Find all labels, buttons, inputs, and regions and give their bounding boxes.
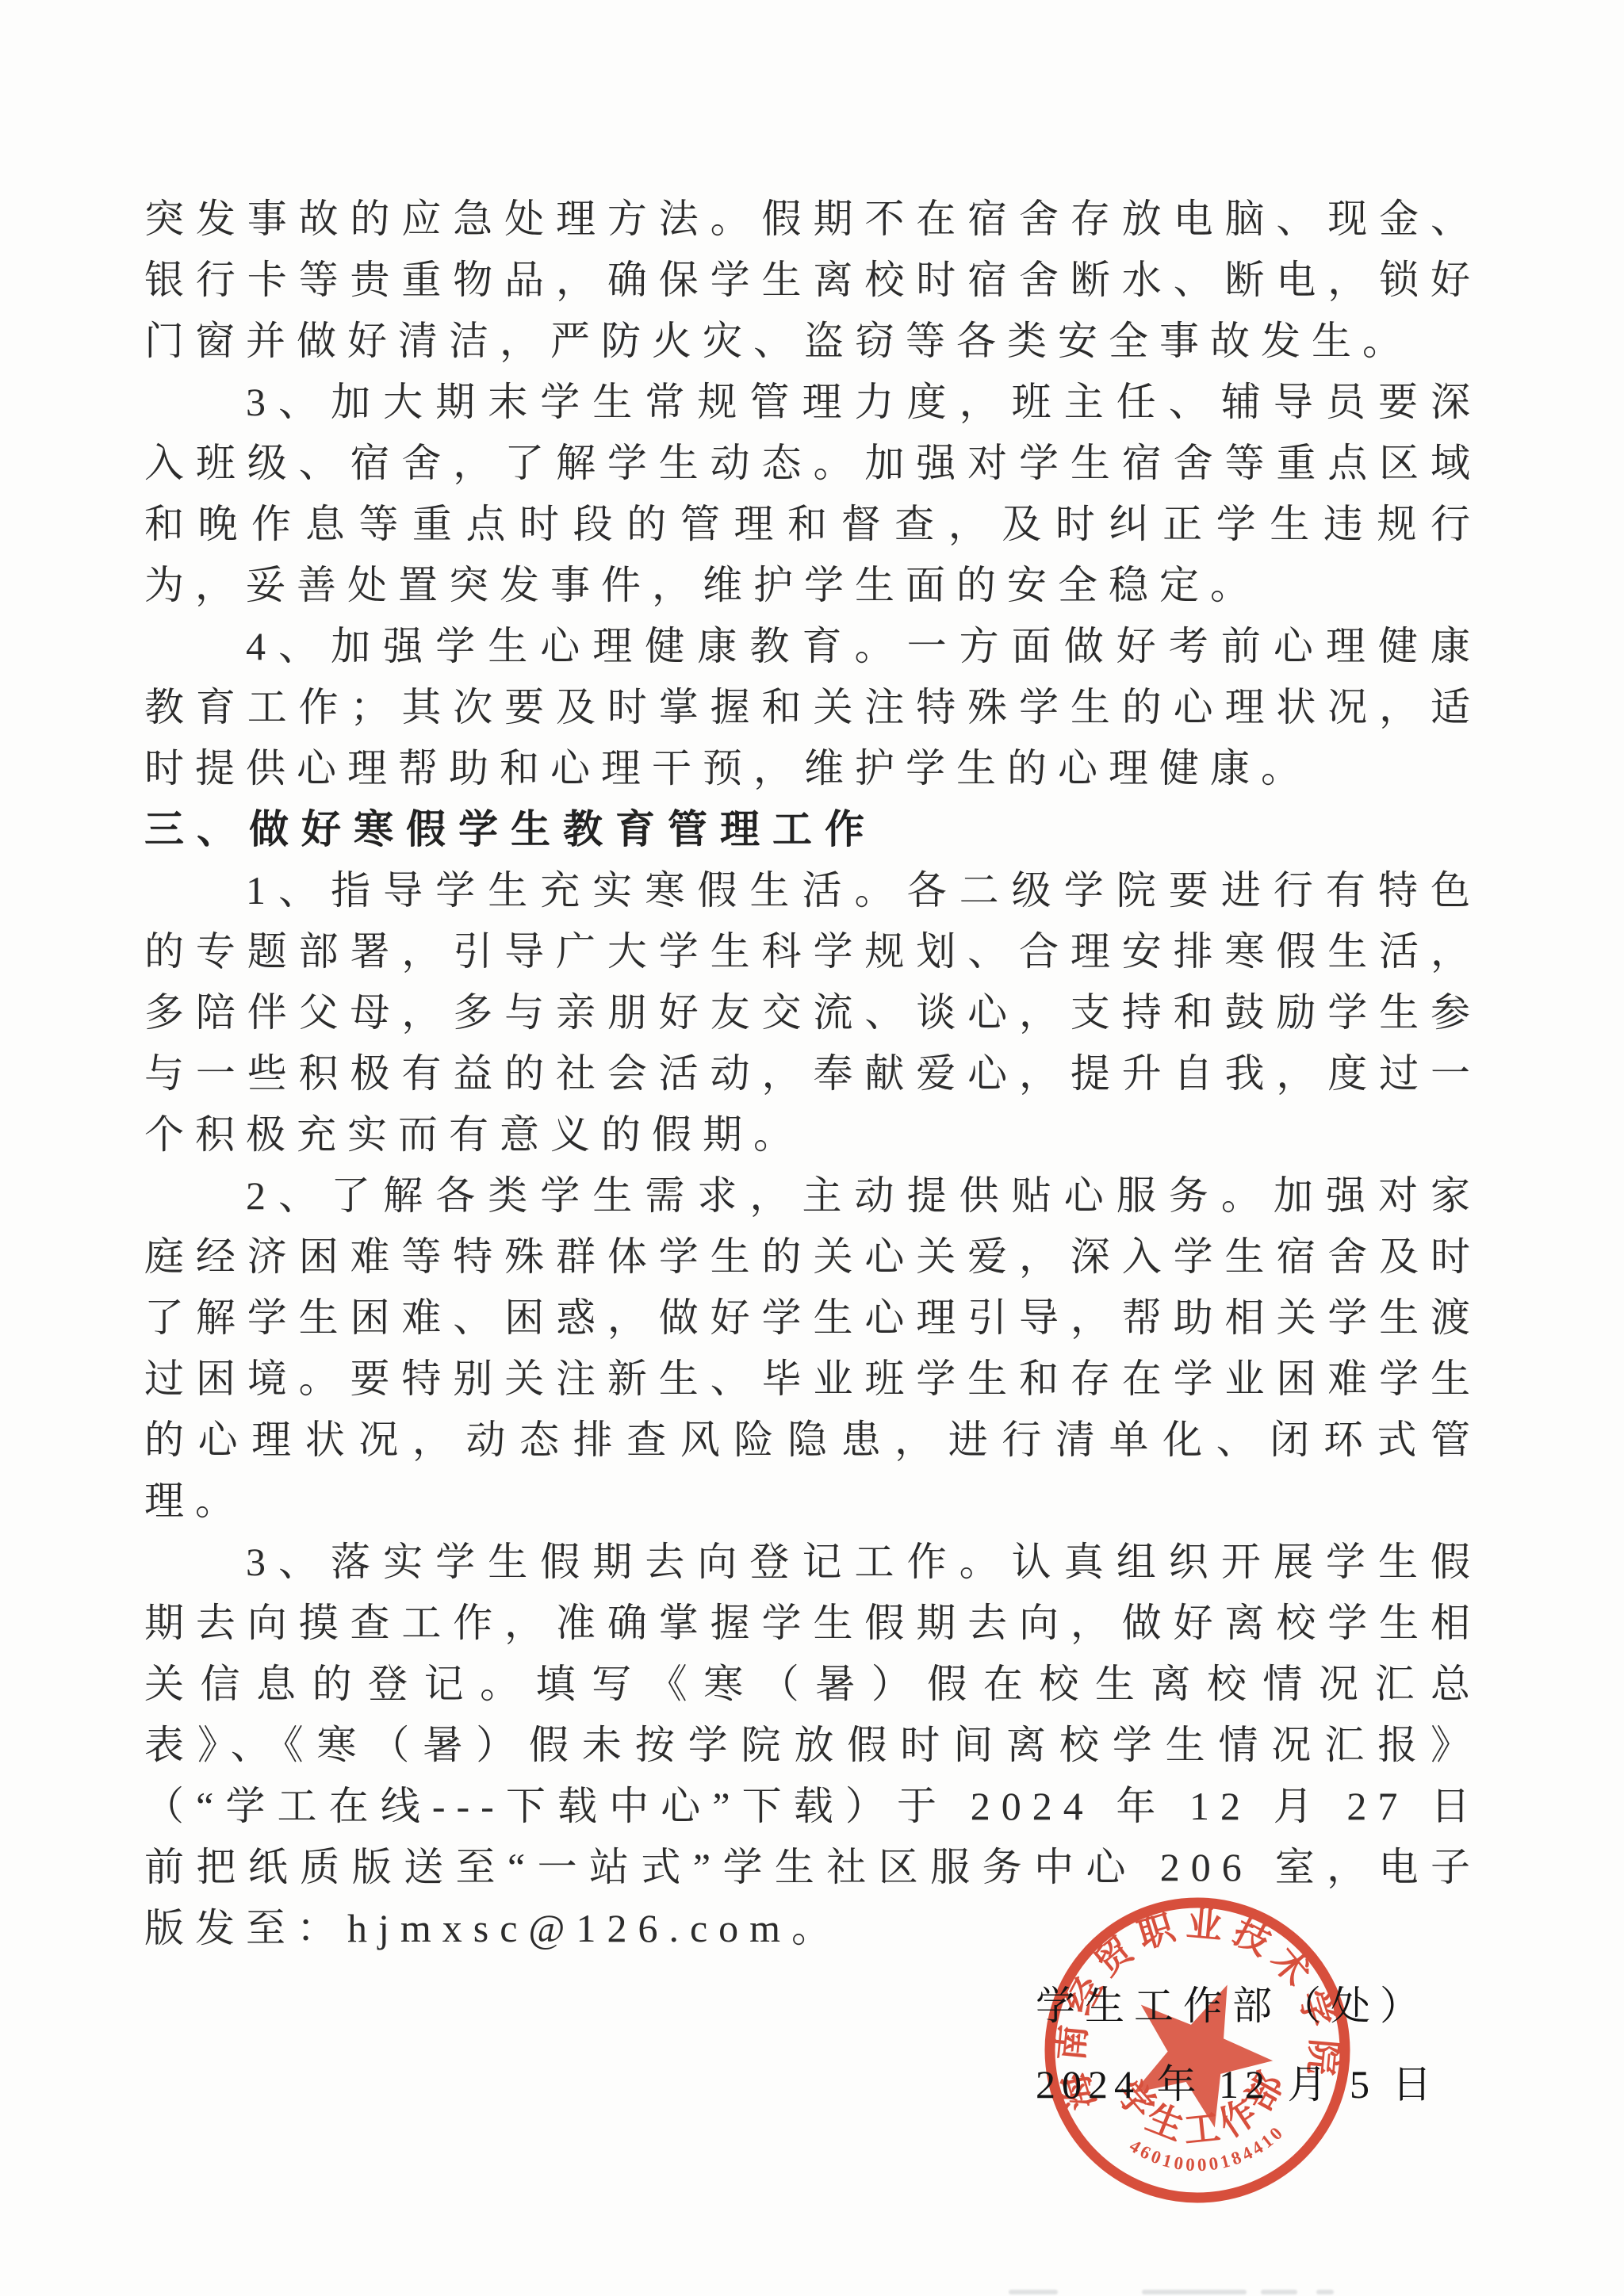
- paragraph-item-4: 4、加强学生心理健康教育。一方面做好考前心理健康教育工作；其次要及时掌握和关注特…: [144, 616, 1481, 799]
- paragraph-item-2: 2、了解各类学生需求，主动提供贴心服务。加强对家庭经济困难等特殊群体学生的关心关…: [144, 1165, 1481, 1532]
- scan-artifact: [1261, 2290, 1297, 2294]
- signature-date: 2024 年 12 月 5 日: [1036, 2054, 1438, 2115]
- scan-artifact: [1009, 2290, 1058, 2294]
- section-heading: 三、做好寒假学生教育管理工作: [144, 799, 1481, 860]
- paragraph-continuation: 突发事故的应急处理方法。假期不在宿舍存放电脑、现金、银行卡等贵重物品，确保学生离…: [144, 189, 1481, 372]
- scan-artifact: [1142, 2290, 1247, 2294]
- scan-artifact: [1316, 2290, 1334, 2294]
- document-page: 突发事故的应急处理方法。假期不在宿舍存放电脑、现金、银行卡等贵重物品，确保学生离…: [0, 0, 1624, 2296]
- document-body: 突发事故的应急处理方法。假期不在宿舍存放电脑、现金、银行卡等贵重物品，确保学生离…: [144, 189, 1481, 1959]
- signature-department: 学生工作部（处）: [1036, 1976, 1438, 2037]
- signature-block: 学生工作部（处） 2024 年 12 月 5 日: [1036, 1976, 1438, 2115]
- paragraph-item-1: 1、指导学生充实寒假生活。各二级学院要进行有特色的专题部署，引导广大学生科学规划…: [144, 860, 1481, 1165]
- paragraph-item-3: 3、加大期末学生常规管理力度，班主任、辅导员要深入班级、宿舍，了解学生动态。加强…: [144, 372, 1481, 616]
